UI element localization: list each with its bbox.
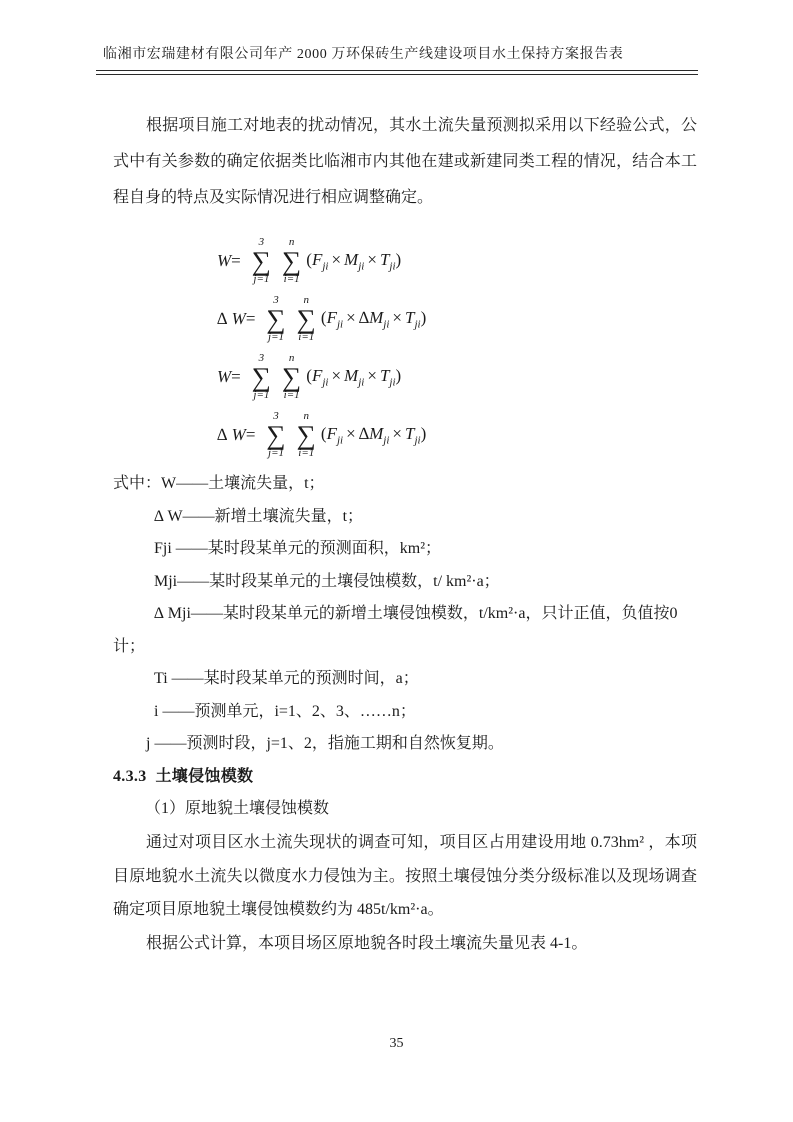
section-title: 土壤侵蚀模数 [156, 768, 254, 785]
header-title: 临湘市宏瑞建材有限公司年产 2000 万环保砖生产线建设项目水土保持方案报告表 [96, 46, 698, 64]
definition-w: 式中：W——土壤流失量，t； [113, 468, 697, 501]
summation-over-j: 3∑j=1 [266, 411, 285, 459]
section-subitem: （1）原地貌土壤侵蚀模数 [113, 793, 697, 826]
formula-lhs: ∆ W= [217, 425, 255, 445]
header-double-rule [96, 70, 698, 75]
definition-i: i ——预测单元，i=1、2、3、……n； [113, 696, 697, 729]
formula-lhs: ∆ W= [217, 309, 255, 329]
definition-j: j ——预测时段，j=1、2，指施工期和自然恢复期。 [113, 728, 697, 761]
summation-over-j: 3∑j=1 [252, 353, 271, 401]
summation-over-i: n∑i=1 [282, 237, 301, 285]
formula-new-soil-loss-1: ∆ W= 3∑j=1 n∑i=1 (Fji×∆Mji×Tji) [217, 290, 697, 348]
formula-lhs: W= [217, 251, 241, 271]
summation-over-i: n∑i=1 [297, 411, 316, 459]
sigma-icon: ∑ [297, 422, 316, 448]
formula-new-soil-loss-2: ∆ W= 3∑j=1 n∑i=1 (Fji×∆Mji×Tji) [217, 406, 697, 464]
definition-fji: Fji ——某时段某单元的预测面积，km²； [113, 533, 697, 566]
summation-over-j: 3∑j=1 [252, 237, 271, 285]
sigma-icon: ∑ [266, 306, 285, 332]
section-4-3-3: 4.3.3土壤侵蚀模数 （1）原地貌土壤侵蚀模数 通过对项目区水土流失现状的调查… [113, 761, 697, 961]
sigma-icon: ∑ [282, 364, 301, 390]
formula-rhs: (Fji×Mji×Tji) [306, 366, 401, 388]
formula-lhs: W= [217, 367, 241, 387]
sigma-icon: ∑ [252, 364, 271, 390]
section-paragraph-1: 通过对项目区水土流失现状的调查可知，项目区占用建设用地 0.73hm² ，本项目… [113, 826, 697, 927]
sigma-icon: ∑ [282, 248, 301, 274]
definition-ti: Ti ——某时段某单元的预测时间，a； [113, 663, 697, 696]
formula-soil-loss-2: W= 3∑j=1 n∑i=1 (Fji×Mji×Tji) [217, 348, 697, 406]
page-number: 35 [0, 1036, 793, 1052]
symbol-definitions: 式中：W——土壤流失量，t； ∆ W——新增土壤流失量，t； Fji ——某时段… [113, 468, 697, 761]
intro-paragraph: 根据项目施工对地表的扰动情况，其水土流失量预测拟采用以下经验公式，公式中有关参数… [113, 108, 697, 216]
document-page: 临湘市宏瑞建材有限公司年产 2000 万环保砖生产线建设项目水土保持方案报告表 … [0, 0, 793, 1122]
sigma-icon: ∑ [266, 422, 285, 448]
definition-mji: Mji——某时段某单元的土壤侵蚀模数，t/ km²·a； [113, 566, 697, 599]
summation-over-j: 3∑j=1 [266, 295, 285, 343]
definition-continuation: 计； [113, 631, 697, 664]
section-paragraph-2: 根据公式计算，本项目场区原地貌各时段土壤流失量见表 4-1。 [113, 927, 697, 961]
summation-over-i: n∑i=1 [282, 353, 301, 401]
formula-soil-loss-1: W= 3∑j=1 n∑i=1 (Fji×Mji×Tji) [217, 232, 697, 290]
section-heading: 4.3.3土壤侵蚀模数 [113, 761, 697, 794]
formula-rhs: (Fji×Mji×Tji) [306, 250, 401, 272]
formula-rhs: (Fji×∆Mji×Tji) [321, 424, 426, 446]
sigma-icon: ∑ [297, 306, 316, 332]
section-number: 4.3.3 [113, 768, 147, 785]
definition-delta-mji: ∆ Mji——某时段某单元的新增土壤侵蚀模数，t/km²·a，只计正值，负值按0 [113, 598, 697, 631]
formula-rhs: (Fji×∆Mji×Tji) [321, 308, 426, 330]
formula-block: W= 3∑j=1 n∑i=1 (Fji×Mji×Tji) ∆ W= 3∑j=1 … [113, 232, 697, 464]
page-body: 根据项目施工对地表的扰动情况，其水土流失量预测拟采用以下经验公式，公式中有关参数… [113, 108, 697, 960]
definition-delta-w: ∆ W——新增土壤流失量，t； [113, 501, 697, 534]
summation-over-i: n∑i=1 [297, 295, 316, 343]
page-header: 临湘市宏瑞建材有限公司年产 2000 万环保砖生产线建设项目水土保持方案报告表 [96, 0, 698, 75]
sigma-icon: ∑ [252, 248, 271, 274]
